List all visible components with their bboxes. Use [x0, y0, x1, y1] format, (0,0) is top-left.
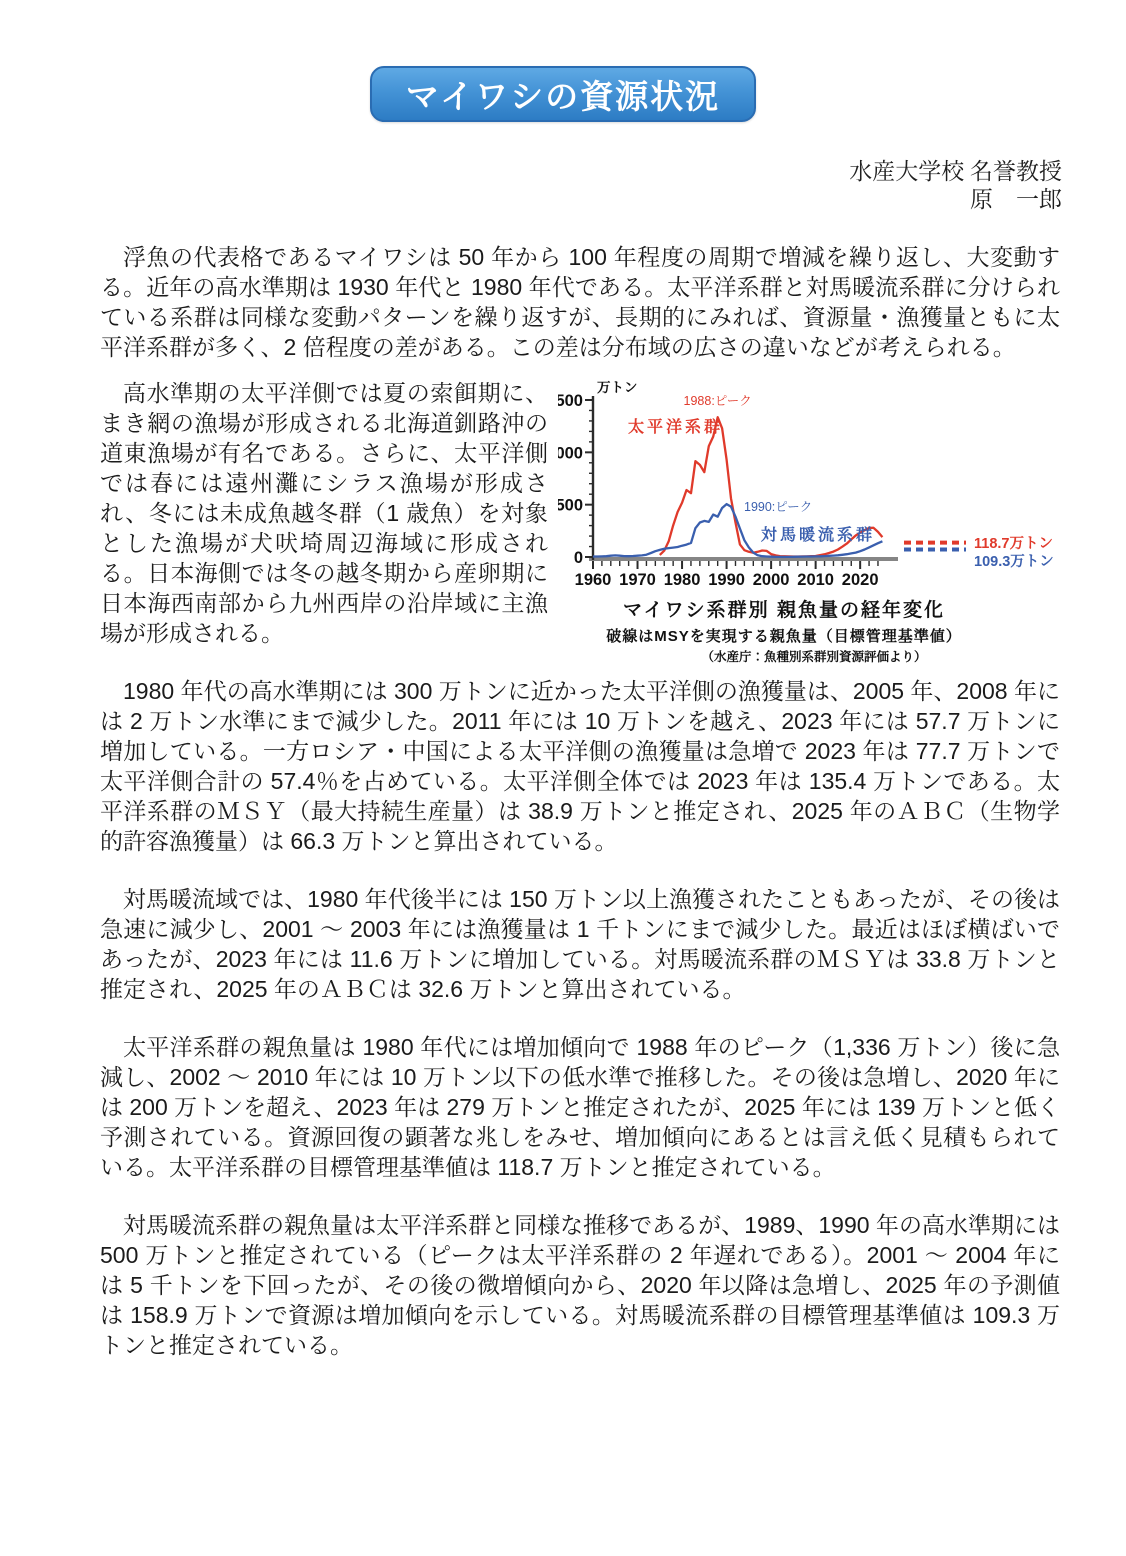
svg-text:0: 0	[574, 549, 583, 567]
author-name: 原 一郎	[0, 186, 1062, 214]
svg-text:対馬暖流系群: 対馬暖流系群	[760, 525, 875, 544]
tsushima-biomass-paragraph: 対馬暖流系群の親魚量は太平洋系群と同様な推移であるが、1989、1990 年の高…	[100, 1210, 1060, 1360]
svg-text:1980: 1980	[664, 571, 701, 589]
intro-paragraph: 浮魚の代表格であるマイワシは 50 年から 100 年程度の周期で増減を繰り返し…	[100, 242, 1060, 362]
svg-text:1990:ピーク: 1990:ピーク	[744, 500, 812, 514]
author-block: 水産大学校 名誉教授 原 一郎	[0, 158, 1062, 214]
svg-text:500: 500	[558, 497, 583, 515]
svg-text:2010: 2010	[797, 571, 834, 589]
chart-caption-title: マイワシ系群別 親魚量の経年変化	[558, 595, 1010, 622]
article-body: 浮魚の代表格であるマイワシは 50 年から 100 年程度の周期で増減を繰り返し…	[100, 242, 1060, 1360]
svg-text:1000: 1000	[558, 444, 583, 462]
svg-text:1988:ピーク: 1988:ピーク	[684, 394, 752, 408]
title-banner: マイワシの資源状況	[370, 66, 756, 122]
document-page: マイワシの資源状況 水産大学校 名誉教授 原 一郎 浮魚の代表格であるマイワシは…	[0, 0, 1126, 1556]
pacific-catch-paragraph: 1980 年代の高水準期には 300 万トンに近かった太平洋側の漁獲量は、200…	[100, 676, 1060, 856]
svg-text:118.7万トン: 118.7万トン	[974, 535, 1053, 552]
svg-text:1500: 1500	[558, 392, 583, 410]
chart-caption-note: 破線はMSYを実現する親魚量（目標管理基準値）	[558, 625, 1010, 646]
chart-caption-source: （水産庁：魚種別系群別資源評価より）	[558, 647, 1010, 665]
biomass-chart-figure: 0500100015001960197019801990200020102020…	[558, 372, 1060, 665]
title-banner-wrap: マイワシの資源状況	[0, 0, 1126, 122]
author-affiliation: 水産大学校 名誉教授	[0, 158, 1062, 186]
pacific-biomass-paragraph: 太平洋系群の親魚量は 1980 年代には増加傾向で 1988 年のピーク（1,3…	[100, 1032, 1060, 1182]
chart-captions: マイワシ系群別 親魚量の経年変化 破線はMSYを実現する親魚量（目標管理基準値）…	[558, 595, 1010, 665]
stock-biomass-chart-svg: 0500100015001960197019801990200020102020…	[558, 372, 1060, 590]
chart-and-text-section: 0500100015001960197019801990200020102020…	[100, 378, 1060, 856]
svg-text:1960: 1960	[575, 571, 612, 589]
svg-text:太平洋系群: 太平洋系群	[628, 417, 723, 436]
svg-text:109.3万トン: 109.3万トン	[974, 553, 1054, 570]
page-title: マイワシの資源状況	[406, 71, 720, 118]
svg-text:1990: 1990	[708, 571, 745, 589]
svg-text:万トン: 万トン	[597, 380, 638, 395]
svg-text:1970: 1970	[619, 571, 656, 589]
svg-text:2020: 2020	[842, 571, 879, 589]
tsushima-catch-paragraph: 対馬暖流域では、1980 年代後半には 150 万トン以上漁獲されたこともあった…	[100, 884, 1060, 1004]
svg-text:2000: 2000	[753, 571, 790, 589]
